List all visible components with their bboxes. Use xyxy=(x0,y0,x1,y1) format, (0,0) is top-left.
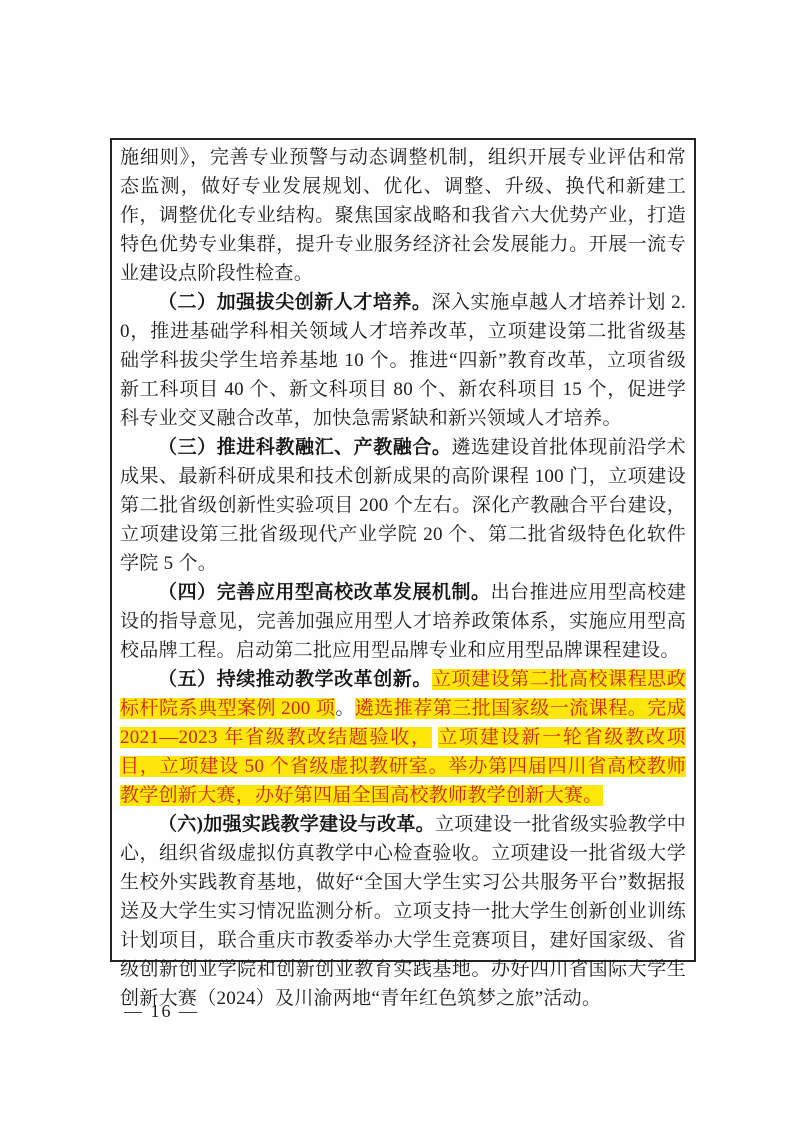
text-box: 施细则》，完善专业预警与动态调整机制，组织开展专业评估和常态监测，做好专业发展规… xyxy=(110,138,696,962)
paragraph: （五）持续推动教学改革创新。立项建设第二批高校课程思政标杆院系典型案例 200 … xyxy=(120,665,686,810)
paragraph: （二）加强拔尖创新人才培养。深入实施卓越人才培养计划 2.0，推进基础学科相关领… xyxy=(120,288,686,433)
section-heading: （五）持续推动教学改革创新。 xyxy=(158,669,432,690)
paragraph: （三）推进科教融汇、产教融合。遴选建设首批体现前沿学术成果、最新科研成果和技术创… xyxy=(120,433,686,578)
section-heading: （四）完善应用型高校改革发展机制。 xyxy=(158,582,491,603)
text-run: 施细则》，完善专业预警与动态调整机制，组织开展专业评估和常态监测，做好专业发展规… xyxy=(120,147,686,284)
text-run: 。 xyxy=(335,698,355,719)
section-heading: （六)加强实践教学建设与改革。 xyxy=(158,814,435,835)
page-number: — 16 — xyxy=(124,1001,199,1022)
document-page: 施细则》，完善专业预警与动态调整机制，组织开展专业评估和常态监测，做好专业发展规… xyxy=(0,0,793,1122)
text-run: 立项建设一批省级实验教学中心，组织省级虚拟仿真教学中心检查验收。立项建设一批省级… xyxy=(120,814,686,1009)
section-heading: （二）加强拔尖创新人才培养。 xyxy=(158,292,431,313)
paragraph: （六)加强实践教学建设与改革。立项建设一批省级实验教学中心，组织省级虚拟仿真教学… xyxy=(120,810,686,1013)
paragraph: 施细则》，完善专业预警与动态调整机制，组织开展专业评估和常态监测，做好专业发展规… xyxy=(120,143,686,288)
paragraph: （四）完善应用型高校改革发展机制。出台推进应用型高校建设的指导意见，完善加强应用… xyxy=(120,578,686,665)
section-heading: （三）推进科教融汇、产教融合。 xyxy=(158,437,451,458)
